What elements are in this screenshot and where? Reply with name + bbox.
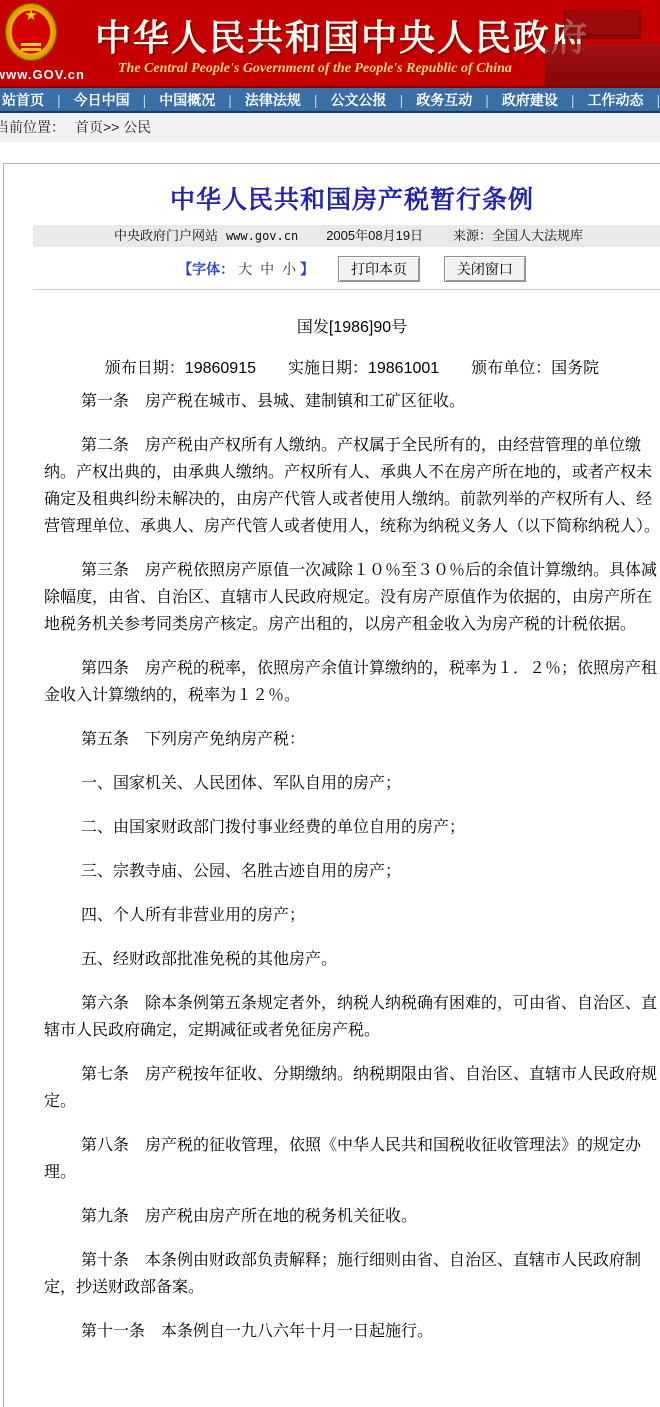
paragraph: 第七条 房产税按年征收、分期缴纳。纳税期限由省、自治区、直辖市人民政府规 定。 <box>44 1061 660 1115</box>
paragraph: 第十条 本条例由财政部负责解释；施行细则由省、自治区、直辖市人民政府制定，抄送财… <box>44 1247 660 1301</box>
meta-url: www.gov.cn <box>226 229 298 243</box>
paragraph: 第三条 房产税依照房产原值一次减除１０％至３０％后的余值计算缴纳。具体减除幅度，… <box>44 557 660 638</box>
font-size-control: 【字体：大中小】 <box>178 261 318 277</box>
breadcrumb-label: 当前位置： <box>0 119 65 135</box>
paragraph: 五、经财政部批准免税的其他房产。 <box>44 946 660 973</box>
font-size-medium[interactable]: 中 <box>260 261 274 277</box>
nav-item-laws[interactable]: 法律法规 <box>215 90 301 110</box>
masthead-subtitle: The Central People's Government of the P… <box>118 61 512 77</box>
page-title: 中华人民共和国房产税暂行条例 <box>44 180 660 216</box>
meta-portal: 中央政府门户网站 <box>114 228 218 243</box>
breadcrumb: 当前位置：首页>> 公民 <box>0 113 660 142</box>
paragraph: 第六条 除本条例第五条规定者外，纳税人纳税确有困难的，可由省、自治区、直 辖市人… <box>44 990 660 1044</box>
nav-item-interaction[interactable]: 政务互动 <box>387 90 473 110</box>
site-url-link[interactable]: www.GOV.cn <box>0 67 85 82</box>
article-panel: 中华人民共和国房产税暂行条例 中央政府门户网站www.gov.cn2005年08… <box>3 163 660 1407</box>
paragraph: 第一条 房产税在城市、县城、建制镇和工矿区征收。 <box>44 388 660 415</box>
font-size-small[interactable]: 小 <box>282 261 296 277</box>
tiananmen-image <box>545 6 660 86</box>
meta-date: 2005年08月19日 <box>326 228 423 243</box>
paragraph: 第四条 房产税的税率，依照房产余值计算缴纳的，税率为１．２％；依照房产租金收入计… <box>44 655 660 709</box>
print-button[interactable]: 打印本页 <box>338 256 420 282</box>
paragraph: 四、个人所有非营业用的房产； <box>44 902 660 929</box>
font-size-large[interactable]: 大 <box>238 261 252 277</box>
doc-info: 颁布日期：19860915 实施日期：19861001 颁布单位：国务院 <box>44 355 660 378</box>
paragraph: 三、宗教寺庙、公园、名胜古迹自用的房产； <box>44 858 660 885</box>
site-header: www.GOV.cn 中华人民共和国中央人民政府 The Central Peo… <box>0 0 660 88</box>
nav-item-personnel[interactable]: 人事任免 <box>643 90 660 110</box>
meta-source: 来源：全国人大法规库 <box>453 228 583 243</box>
nav-item-home[interactable]: 站首页 <box>2 90 44 110</box>
article-body: 第一条 房产税在城市、县城、建制镇和工矿区征收。 第二条 房产税由产权所有人缴纳… <box>44 388 660 1345</box>
main-nav: 站首页 今日中国 中国概况 法律法规 公文公报 政务互动 政府建设 工作动态 人… <box>0 88 660 113</box>
paragraph: 第九条 房产税由房产所在地的税务机关征收。 <box>44 1203 660 1230</box>
paragraph: 二、由国家财政部门拨付事业经费的单位自用的房产； <box>44 814 660 841</box>
nav-item-today-china[interactable]: 今日中国 <box>44 90 130 110</box>
article-toolbar: 【字体：大中小】 打印本页 关闭窗口 <box>44 256 660 282</box>
font-size-label-close: 】 <box>300 261 314 277</box>
meta-bar: 中央政府门户网站www.gov.cn2005年08月19日来源：全国人大法规库 <box>33 225 660 247</box>
nav-item-work-news[interactable]: 工作动态 <box>558 90 644 110</box>
national-emblem-icon <box>5 3 57 61</box>
nav-item-gov-building[interactable]: 政府建设 <box>472 90 558 110</box>
doc-number: 国发[1986]90号 <box>44 314 660 337</box>
close-window-button[interactable]: 关闭窗口 <box>444 256 526 282</box>
paragraph: 一、国家机关、人民团体、军队自用的房产； <box>44 770 660 797</box>
paragraph: 第八条 房产税的征收管理，依照《中华人民共和国税收征收管理法》的规定办理。 <box>44 1132 660 1186</box>
paragraph: 第十一条 本条例自一九八六年十月一日起施行。 <box>44 1318 660 1345</box>
paragraph: 第二条 房产税由产权所有人缴纳。产权属于全民所有的，由经营管理的单位缴纳。产权出… <box>44 432 660 540</box>
paragraph: 第五条 下列房产免纳房产税： <box>44 726 660 753</box>
nav-item-china-overview[interactable]: 中国概况 <box>130 90 216 110</box>
font-size-label: 【字体： <box>178 261 234 277</box>
masthead-title: 中华人民共和国中央人民政府 <box>95 10 589 61</box>
divider <box>33 289 660 290</box>
nav-item-gazette[interactable]: 公文公报 <box>301 90 387 110</box>
breadcrumb-path[interactable]: 首页>> 公民 <box>75 119 151 135</box>
